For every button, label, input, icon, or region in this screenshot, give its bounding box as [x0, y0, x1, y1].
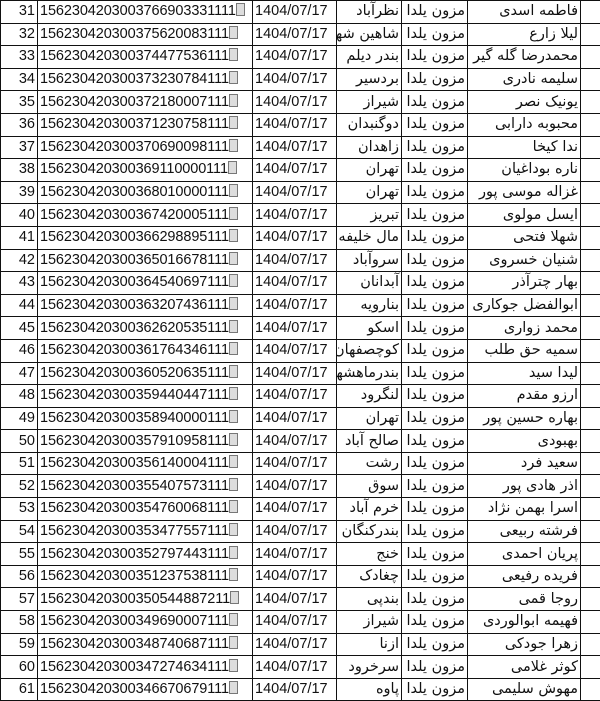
tracking-code-cell: 156230420300360520635111: [38, 362, 253, 385]
date-cell: 1404/07/17: [253, 633, 337, 656]
date-cell: 1404/07/17: [253, 294, 337, 317]
customer-name-cell: سلیمه نادری: [468, 68, 581, 91]
missing-glyph-icon: [229, 455, 238, 468]
city-cell: رشت: [337, 452, 402, 475]
tracking-code-cell: 156230420300368010000111: [38, 181, 253, 204]
table-row: 54 156230420300353477557111 1404/07/17 ب…: [1, 520, 600, 543]
table-row: 52 156230420300355407573111 1404/07/17 س…: [1, 475, 600, 498]
store-cell: مزون یلدا: [402, 46, 468, 69]
date-cell: 1404/07/17: [253, 181, 337, 204]
customer-name-cell: اذر هادی پور: [468, 475, 581, 498]
tracking-code-cell: 156230420300357910958111: [38, 430, 253, 453]
store-cell: مزون یلدا: [402, 272, 468, 295]
row-number-cell: 40: [1, 204, 38, 227]
customer-name-cell: فاطمه اسدی: [468, 1, 581, 24]
missing-glyph-icon: [229, 659, 238, 672]
customer-name-cell: بهار چترآذر: [468, 272, 581, 295]
blank-cell: [581, 68, 600, 91]
row-number-cell: 46: [1, 339, 38, 362]
blank-cell: [581, 543, 600, 566]
blank-cell: [581, 678, 600, 701]
missing-glyph-icon: [229, 523, 238, 536]
missing-glyph-icon: [229, 116, 238, 129]
date-cell: 1404/07/17: [253, 656, 337, 679]
tracking-code-cell: 156230420300358940000111: [38, 407, 253, 430]
customer-name-cell: کوثر غلامی: [468, 656, 581, 679]
customer-name-cell: شنیان خسروی: [468, 249, 581, 272]
date-cell: 1404/07/17: [253, 565, 337, 588]
table-row: 42 156230420300365016678111 1404/07/17 س…: [1, 249, 600, 272]
date-cell: 1404/07/17: [253, 475, 337, 498]
city-cell: پاوه: [337, 678, 402, 701]
store-cell: مزون یلدا: [402, 565, 468, 588]
date-cell: 1404/07/17: [253, 543, 337, 566]
store-cell: مزون یلدا: [402, 475, 468, 498]
blank-cell: [581, 339, 600, 362]
date-cell: 1404/07/17: [253, 339, 337, 362]
row-number-cell: 31: [1, 1, 38, 24]
missing-glyph-icon: [229, 613, 238, 626]
row-number-cell: 53: [1, 498, 38, 521]
date-cell: 1404/07/17: [253, 588, 337, 611]
city-cell: لنگرود: [337, 385, 402, 408]
tracking-code-cell: 156230420300356140004111: [38, 452, 253, 475]
city-cell: تهران: [337, 181, 402, 204]
blank-cell: [581, 565, 600, 588]
tracking-code-cell: 156230420300348740687111: [38, 633, 253, 656]
customer-name-cell: سعید فرد: [468, 452, 581, 475]
tracking-code-cell: 156230420300354760068111: [38, 498, 253, 521]
row-number-cell: 50: [1, 430, 38, 453]
tracking-code-cell: 156230420300362620535111: [38, 317, 253, 340]
store-cell: مزون یلدا: [402, 362, 468, 385]
customer-name-cell: اسرا بهمن نژاد: [468, 498, 581, 521]
city-cell: خرم آباد: [337, 498, 402, 521]
row-number-cell: 57: [1, 588, 38, 611]
table-row: 48 156230420300359440447111 1404/07/17 ل…: [1, 385, 600, 408]
missing-glyph-icon: [229, 207, 238, 220]
tracking-code-cell: 156230420300371230758111: [38, 113, 253, 136]
city-cell: بردسیر: [337, 68, 402, 91]
store-cell: مزون یلدا: [402, 385, 468, 408]
row-number-cell: 36: [1, 113, 38, 136]
store-cell: مزون یلدا: [402, 543, 468, 566]
missing-glyph-icon: [229, 546, 238, 559]
row-number-cell: 55: [1, 543, 38, 566]
city-cell: دوگنبدان: [337, 113, 402, 136]
table-row: 32 156230420300375620083111 1404/07/17 ش…: [1, 23, 600, 46]
store-cell: مزون یلدا: [402, 68, 468, 91]
city-cell: زاهدان: [337, 136, 402, 159]
table-row: 35 156230420300372180007111 1404/07/17 ش…: [1, 91, 600, 114]
city-cell: شیراز: [337, 611, 402, 634]
date-cell: 1404/07/17: [253, 159, 337, 182]
missing-glyph-icon: [229, 184, 238, 197]
customer-name-cell: فریده رفیعی: [468, 565, 581, 588]
store-cell: مزون یلدا: [402, 430, 468, 453]
blank-cell: [581, 204, 600, 227]
blank-cell: [581, 23, 600, 46]
blank-cell: [581, 159, 600, 182]
missing-glyph-icon: [229, 636, 238, 649]
row-number-cell: 56: [1, 565, 38, 588]
customer-name-cell: بهاره حسین پور: [468, 407, 581, 430]
table-row: 58 156230420300349690007111 1404/07/17 ش…: [1, 611, 600, 634]
blank-cell: [581, 475, 600, 498]
customer-name-cell: ابوالفضل جوکاری: [468, 294, 581, 317]
city-cell: تبریز: [337, 204, 402, 227]
table-row: 47 156230420300360520635111 1404/07/17 ب…: [1, 362, 600, 385]
tracking-code-cell: 1562304203003766903331111: [38, 1, 253, 24]
table-row: 44 156230420300363207436111 1404/07/17 ب…: [1, 294, 600, 317]
date-cell: 1404/07/17: [253, 91, 337, 114]
table-row: 43 156230420300364540697111 1404/07/17 آ…: [1, 272, 600, 295]
city-cell: شاهین شهر: [337, 23, 402, 46]
row-number-cell: 52: [1, 475, 38, 498]
customer-name-cell: ایسل مولوی: [468, 204, 581, 227]
store-cell: مزون یلدا: [402, 91, 468, 114]
missing-glyph-icon: [229, 410, 238, 423]
missing-glyph-icon: [229, 71, 238, 84]
store-cell: مزون یلدا: [402, 136, 468, 159]
row-number-cell: 34: [1, 68, 38, 91]
table-row: 51 156230420300356140004111 1404/07/17 ر…: [1, 452, 600, 475]
city-cell: ازنا: [337, 633, 402, 656]
tracking-code-cell: 156230420300361764346111: [38, 339, 253, 362]
city-cell: آبدانان: [337, 272, 402, 295]
city-cell: بنارویه: [337, 294, 402, 317]
blank-cell: [581, 430, 600, 453]
row-number-cell: 45: [1, 317, 38, 340]
blank-cell: [581, 385, 600, 408]
table-row: 57 156230420300350544887211 1404/07/17 ب…: [1, 588, 600, 611]
customer-name-cell: فرشته ربیعی: [468, 520, 581, 543]
city-cell: صالح آباد: [337, 430, 402, 453]
blank-cell: [581, 588, 600, 611]
city-cell: مال خلیفه: [337, 226, 402, 249]
store-cell: مزون یلدا: [402, 294, 468, 317]
row-number-cell: 49: [1, 407, 38, 430]
missing-glyph-icon: [229, 568, 238, 581]
shipment-table: 31 1562304203003766903331111 1404/07/17 …: [0, 0, 600, 701]
blank-cell: [581, 317, 600, 340]
date-cell: 1404/07/17: [253, 136, 337, 159]
tracking-code-cell: 156230420300367420005111: [38, 204, 253, 227]
missing-glyph-icon: [229, 297, 238, 310]
missing-glyph-icon: [236, 3, 245, 16]
date-cell: 1404/07/17: [253, 272, 337, 295]
tracking-code-cell: 156230420300346670679111: [38, 678, 253, 701]
tracking-code-cell: 156230420300372180007111: [38, 91, 253, 114]
missing-glyph-icon: [229, 387, 238, 400]
city-cell: سرخرود: [337, 656, 402, 679]
tracking-code-cell: 156230420300359440447111: [38, 385, 253, 408]
missing-glyph-icon: [229, 229, 238, 242]
city-cell: شیراز: [337, 91, 402, 114]
table-row: 53 156230420300354760068111 1404/07/17 خ…: [1, 498, 600, 521]
table-row: 50 156230420300357910958111 1404/07/17 ص…: [1, 430, 600, 453]
table-row: 36 156230420300371230758111 1404/07/17 د…: [1, 113, 600, 136]
row-number-cell: 60: [1, 656, 38, 679]
customer-name-cell: لیدا سید: [468, 362, 581, 385]
row-number-cell: 47: [1, 362, 38, 385]
date-cell: 1404/07/17: [253, 452, 337, 475]
store-cell: مزون یلدا: [402, 1, 468, 24]
row-number-cell: 43: [1, 272, 38, 295]
table-row: 37 156230420300370690098111 1404/07/17 ز…: [1, 136, 600, 159]
missing-glyph-icon: [229, 26, 238, 39]
tracking-code-cell: 156230420300349690007111: [38, 611, 253, 634]
store-cell: مزون یلدا: [402, 113, 468, 136]
date-cell: 1404/07/17: [253, 23, 337, 46]
row-number-cell: 58: [1, 611, 38, 634]
store-cell: مزون یلدا: [402, 633, 468, 656]
tracking-code-cell: 156230420300351237538111: [38, 565, 253, 588]
missing-glyph-icon: [229, 365, 238, 378]
row-number-cell: 38: [1, 159, 38, 182]
date-cell: 1404/07/17: [253, 385, 337, 408]
customer-name-cell: مهوش سلیمی: [468, 678, 581, 701]
tracking-code-cell: 156230420300365016678111: [38, 249, 253, 272]
blank-cell: [581, 226, 600, 249]
missing-glyph-icon: [229, 139, 238, 152]
date-cell: 1404/07/17: [253, 520, 337, 543]
table-row: 39 156230420300368010000111 1404/07/17 ت…: [1, 181, 600, 204]
city-cell: خنج: [337, 543, 402, 566]
table-row: 55 156230420300352797443111 1404/07/17 خ…: [1, 543, 600, 566]
tracking-code-cell: 156230420300347274634111: [38, 656, 253, 679]
customer-name-cell: شهلا فتحی: [468, 226, 581, 249]
store-cell: مزون یلدا: [402, 656, 468, 679]
customer-name-cell: ارزو مقدم: [468, 385, 581, 408]
customer-name-cell: روجا قمی: [468, 588, 581, 611]
missing-glyph-icon: [228, 161, 237, 174]
tracking-code-cell: 156230420300370690098111: [38, 136, 253, 159]
blank-cell: [581, 520, 600, 543]
store-cell: مزون یلدا: [402, 520, 468, 543]
date-cell: 1404/07/17: [253, 204, 337, 227]
table-row: 45 156230420300362620535111 1404/07/17 ا…: [1, 317, 600, 340]
store-cell: مزون یلدا: [402, 452, 468, 475]
store-cell: مزون یلدا: [402, 23, 468, 46]
customer-name-cell: بهبودی: [468, 430, 581, 453]
city-cell: چغادک: [337, 565, 402, 588]
tracking-code-cell: 156230420300363207436111: [38, 294, 253, 317]
customer-name-cell: محمد زواری: [468, 317, 581, 340]
blank-cell: [581, 46, 600, 69]
row-number-cell: 48: [1, 385, 38, 408]
city-cell: بندر دیلم: [337, 46, 402, 69]
city-cell: بندرماهشهر: [337, 362, 402, 385]
blank-cell: [581, 91, 600, 114]
table-row: 60 156230420300347274634111 1404/07/17 س…: [1, 656, 600, 679]
store-cell: مزون یلدا: [402, 678, 468, 701]
store-cell: مزون یلدا: [402, 407, 468, 430]
table-row: 40 156230420300367420005111 1404/07/17 ت…: [1, 204, 600, 227]
blank-cell: [581, 181, 600, 204]
blank-cell: [581, 407, 600, 430]
store-cell: مزون یلدا: [402, 588, 468, 611]
city-cell: کوچصفهان: [337, 339, 402, 362]
missing-glyph-icon: [229, 274, 238, 287]
customer-name-cell: غزاله موسی پور: [468, 181, 581, 204]
store-cell: مزون یلدا: [402, 226, 468, 249]
row-number-cell: 54: [1, 520, 38, 543]
date-cell: 1404/07/17: [253, 407, 337, 430]
store-cell: مزون یلدا: [402, 339, 468, 362]
missing-glyph-icon: [229, 433, 238, 446]
missing-glyph-icon: [229, 342, 238, 355]
missing-glyph-icon: [229, 500, 238, 513]
date-cell: 1404/07/17: [253, 430, 337, 453]
city-cell: اسکو: [337, 317, 402, 340]
blank-cell: [581, 1, 600, 24]
table-row: 61 156230420300346670679111 1404/07/17 پ…: [1, 678, 600, 701]
missing-glyph-icon: [229, 252, 238, 265]
customer-name-cell: ناره بوداغیان: [468, 159, 581, 182]
blank-cell: [581, 611, 600, 634]
row-number-cell: 37: [1, 136, 38, 159]
row-number-cell: 32: [1, 23, 38, 46]
blank-cell: [581, 633, 600, 656]
date-cell: 1404/07/17: [253, 46, 337, 69]
date-cell: 1404/07/17: [253, 678, 337, 701]
blank-cell: [581, 362, 600, 385]
table-row: 49 156230420300358940000111 1404/07/17 ت…: [1, 407, 600, 430]
date-cell: 1404/07/17: [253, 68, 337, 91]
date-cell: 1404/07/17: [253, 611, 337, 634]
city-cell: بندپی: [337, 588, 402, 611]
date-cell: 1404/07/17: [253, 498, 337, 521]
date-cell: 1404/07/17: [253, 362, 337, 385]
table-row: 31 1562304203003766903331111 1404/07/17 …: [1, 1, 600, 24]
table-row: 34 156230420300373230784111 1404/07/17 ب…: [1, 68, 600, 91]
customer-name-cell: لیلا زارع: [468, 23, 581, 46]
store-cell: مزون یلدا: [402, 204, 468, 227]
missing-glyph-icon: [229, 48, 238, 61]
store-cell: مزون یلدا: [402, 498, 468, 521]
table-row: 41 156230420300366298895111 1404/07/17 م…: [1, 226, 600, 249]
date-cell: 1404/07/17: [253, 249, 337, 272]
tracking-code-cell: 156230420300352797443111: [38, 543, 253, 566]
city-cell: تهران: [337, 159, 402, 182]
table-row: 38 156230420300369110000111 1404/07/17 ت…: [1, 159, 600, 182]
table-row: 56 156230420300351237538111 1404/07/17 چ…: [1, 565, 600, 588]
city-cell: نظرآباد: [337, 1, 402, 24]
missing-glyph-icon: [230, 591, 239, 604]
table-row: 33 156230420300374477536111 1404/07/17 ب…: [1, 46, 600, 69]
customer-name-cell: پریان احمدی: [468, 543, 581, 566]
store-cell: مزون یلدا: [402, 181, 468, 204]
missing-glyph-icon: [229, 478, 238, 491]
missing-glyph-icon: [229, 320, 238, 333]
customer-name-cell: محبوبه دارابی: [468, 113, 581, 136]
customer-name-cell: ندا کیخا: [468, 136, 581, 159]
city-cell: سروآباد: [337, 249, 402, 272]
blank-cell: [581, 136, 600, 159]
blank-cell: [581, 498, 600, 521]
store-cell: مزون یلدا: [402, 249, 468, 272]
row-number-cell: 51: [1, 452, 38, 475]
row-number-cell: 35: [1, 91, 38, 114]
customer-name-cell: فهیمه ابوالوردی: [468, 611, 581, 634]
tracking-code-cell: 156230420300355407573111: [38, 475, 253, 498]
store-cell: مزون یلدا: [402, 317, 468, 340]
tracking-code-cell: 156230420300375620083111: [38, 23, 253, 46]
customer-name-cell: سمیه حق طلب: [468, 339, 581, 362]
date-cell: 1404/07/17: [253, 226, 337, 249]
store-cell: مزون یلدا: [402, 611, 468, 634]
city-cell: سوق: [337, 475, 402, 498]
row-number-cell: 41: [1, 226, 38, 249]
store-cell: مزون یلدا: [402, 159, 468, 182]
missing-glyph-icon: [229, 681, 238, 694]
tracking-code-cell: 156230420300353477557111: [38, 520, 253, 543]
customer-name-cell: زهرا جودکی: [468, 633, 581, 656]
date-cell: 1404/07/17: [253, 317, 337, 340]
tracking-code-cell: 156230420300369110000111: [38, 159, 253, 182]
row-number-cell: 59: [1, 633, 38, 656]
row-number-cell: 33: [1, 46, 38, 69]
tracking-code-cell: 156230420300350544887211: [38, 588, 253, 611]
row-number-cell: 39: [1, 181, 38, 204]
tracking-code-cell: 156230420300374477536111: [38, 46, 253, 69]
blank-cell: [581, 294, 600, 317]
row-number-cell: 44: [1, 294, 38, 317]
missing-glyph-icon: [229, 94, 238, 107]
city-cell: تهران: [337, 407, 402, 430]
blank-cell: [581, 656, 600, 679]
blank-cell: [581, 272, 600, 295]
tracking-code-cell: 156230420300364540697111: [38, 272, 253, 295]
customer-name-cell: یونیک نصر: [468, 91, 581, 114]
date-cell: 1404/07/17: [253, 113, 337, 136]
table-row: 46 156230420300361764346111 1404/07/17 ک…: [1, 339, 600, 362]
blank-cell: [581, 249, 600, 272]
row-number-cell: 42: [1, 249, 38, 272]
date-cell: 1404/07/17: [253, 1, 337, 24]
table-body: 31 1562304203003766903331111 1404/07/17 …: [1, 1, 600, 701]
blank-cell: [581, 452, 600, 475]
tracking-code-cell: 156230420300373230784111: [38, 68, 253, 91]
blank-cell: [581, 113, 600, 136]
customer-name-cell: محمدرضا گله گیر: [468, 46, 581, 69]
row-number-cell: 61: [1, 678, 38, 701]
table-row: 59 156230420300348740687111 1404/07/17 ا…: [1, 633, 600, 656]
city-cell: بندرکنگان: [337, 520, 402, 543]
tracking-code-cell: 156230420300366298895111: [38, 226, 253, 249]
